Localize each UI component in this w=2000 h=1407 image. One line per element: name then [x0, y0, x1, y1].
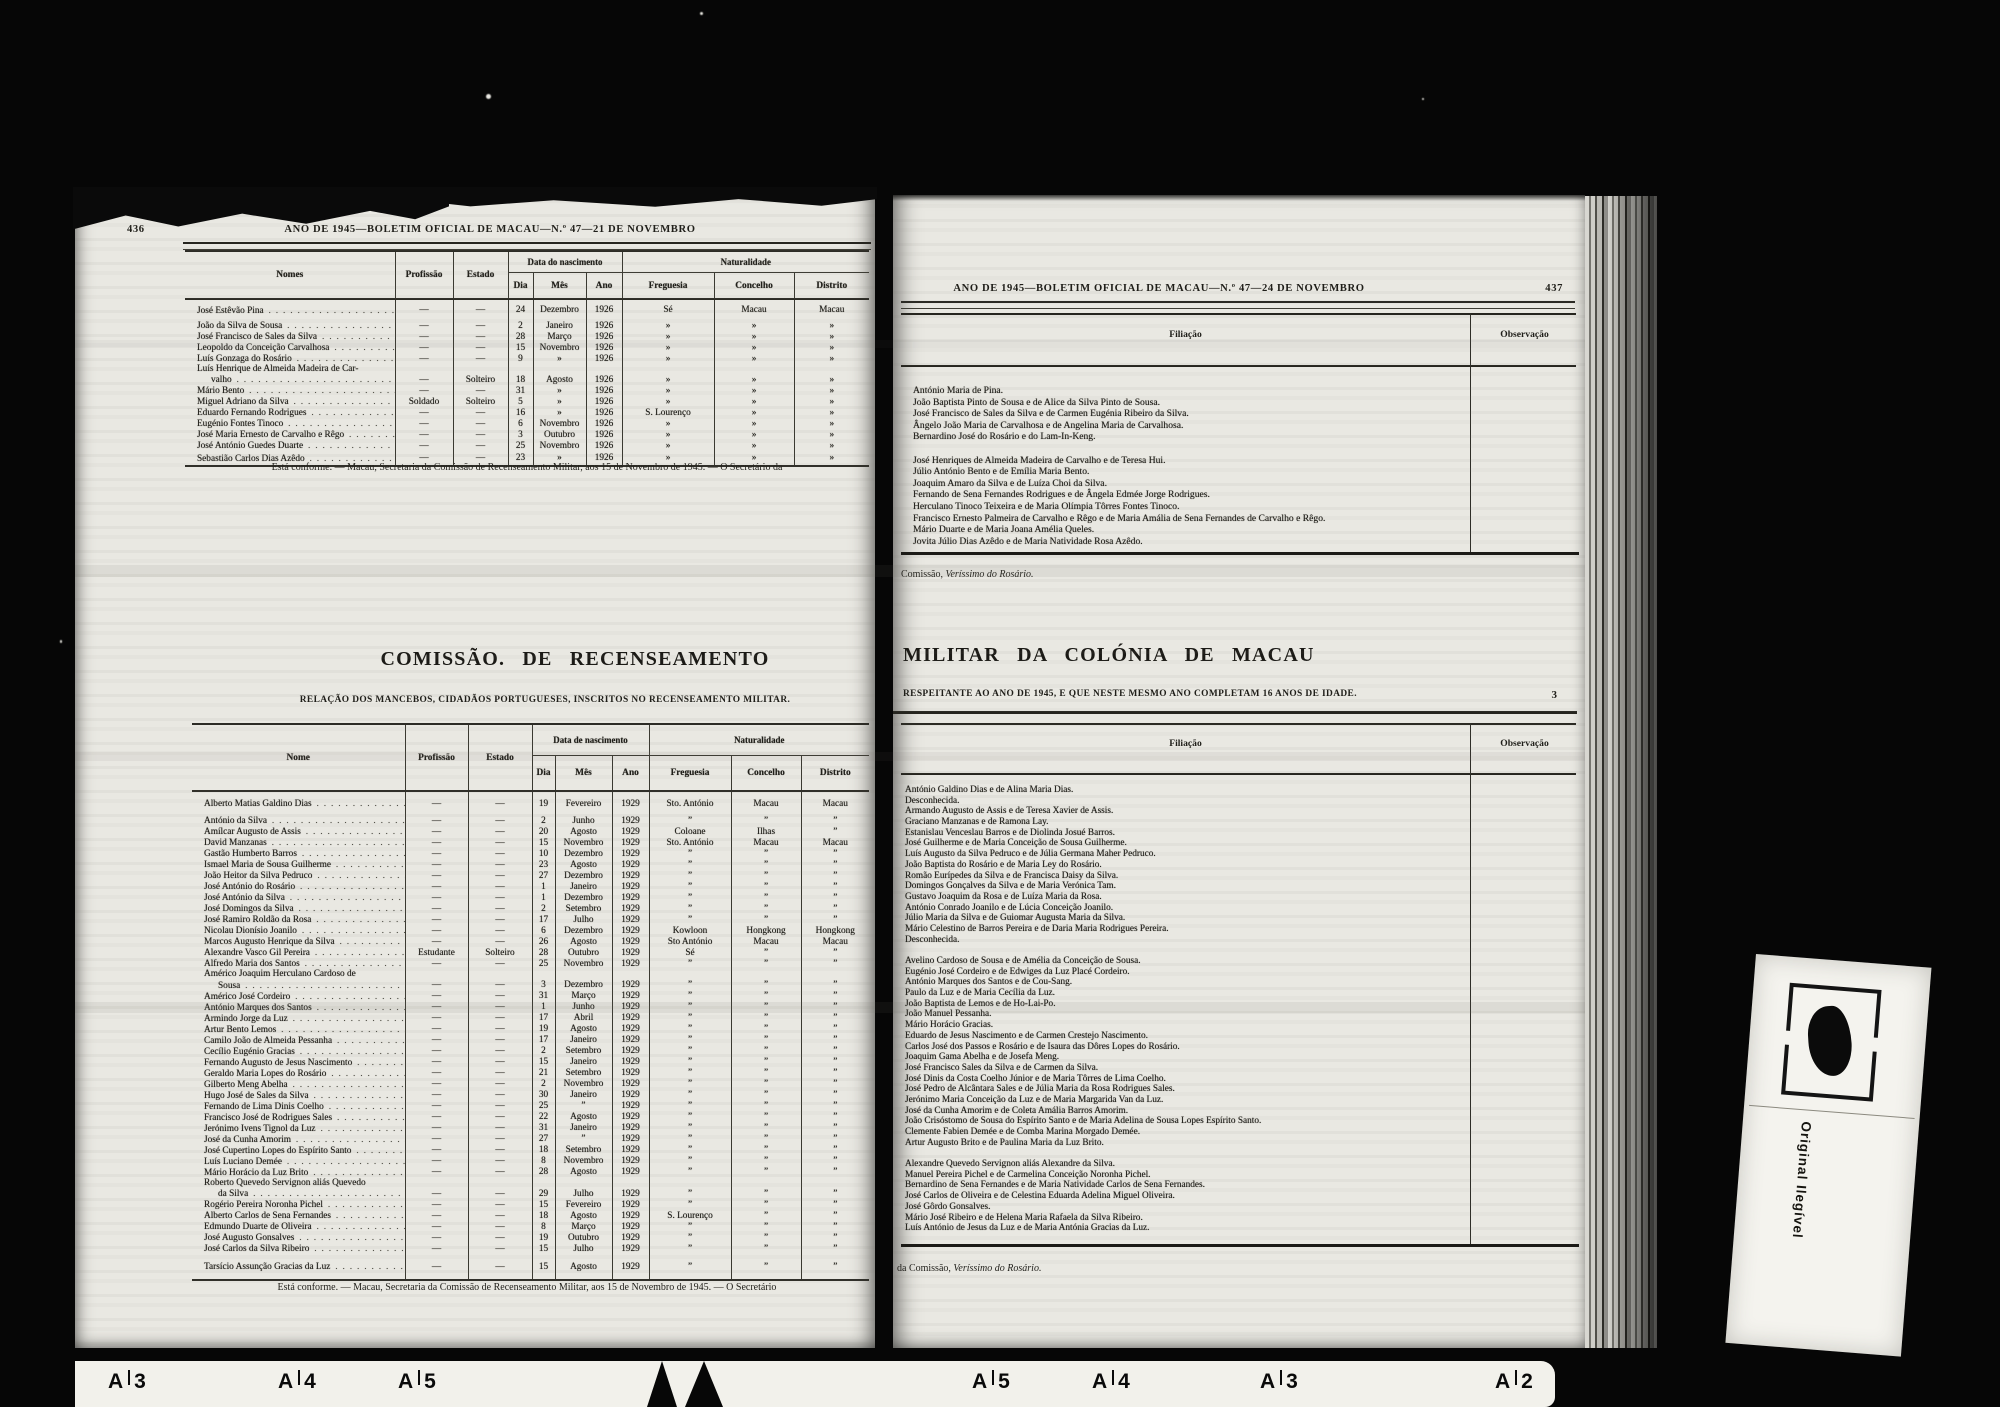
table-row: Cecílio Eugénio Gracias——2Setembro1929””…: [192, 1046, 869, 1057]
col-header-district: Distrito: [794, 273, 869, 300]
filiation-line: Mário Duarte e de Maria Joana Amélia Que…: [913, 524, 1464, 536]
month-cell: Novembro: [533, 440, 586, 451]
status-cell: —: [468, 881, 532, 892]
table-row: Camilo João de Almeida Pessanha——17Janei…: [192, 1035, 869, 1046]
parish-cell: ”: [649, 1134, 731, 1145]
status-cell: —: [468, 1254, 532, 1280]
film-tear-mark: [415, 187, 877, 209]
parish-cell: ”: [649, 1145, 731, 1156]
district-cell: ”: [801, 1024, 869, 1035]
profession-cell: —: [405, 903, 468, 914]
council-cell: ”: [731, 947, 801, 958]
status-cell: [468, 1178, 532, 1189]
header-rule: [183, 242, 871, 250]
table-row: Mário Bento——31»1926»»»: [185, 385, 869, 396]
filiation-line: José Pedro de Alcântara Sales e de Júlia…: [905, 1084, 1464, 1095]
status-cell: —: [468, 892, 532, 903]
profession-cell: —: [405, 848, 468, 859]
table-row: Leopoldo da Conceição Carvalhosa——15Nove…: [185, 342, 869, 353]
parish-cell: ”: [649, 1035, 731, 1046]
filiation-table-1926: Filiação Observação António Maria de Pin…: [901, 313, 1579, 555]
profession-cell: —: [405, 1090, 468, 1101]
profession-cell: —: [405, 1024, 468, 1035]
filiation-list: António Galdino Dias e de Alina Maria Di…: [905, 785, 1464, 1234]
profession-cell: —: [405, 826, 468, 837]
day-cell: 9: [508, 353, 533, 364]
status-cell: —: [468, 848, 532, 859]
splice-notch: [1870, 1037, 1883, 1052]
dust-speck: [700, 12, 703, 15]
parish-cell: ”: [649, 1188, 731, 1199]
profession-cell: —: [405, 958, 468, 969]
filiation-line: José Francisco de Sales da Silva e de Ca…: [913, 408, 1464, 420]
status-cell: —: [468, 1013, 532, 1024]
parish-cell: ”: [649, 1079, 731, 1090]
day-cell: 1: [532, 1002, 555, 1013]
year-cell: 1929: [612, 958, 649, 969]
council-cell: ”: [731, 1210, 801, 1221]
filiation-line: [913, 443, 1464, 455]
status-cell: —: [453, 342, 508, 353]
council-cell: [714, 364, 794, 374]
filiation-line: Alexandre Quevedo Servignon aliás Alexan…: [905, 1159, 1464, 1170]
parish-cell: ”: [649, 1232, 731, 1243]
table-row: Edmundo Duarte de Oliveira——8Março1929””…: [192, 1221, 869, 1232]
table-row: Geraldo Maria Lopes do Rosário——21Setemb…: [192, 1068, 869, 1079]
name-cell: Nicolau Dionísio Joanilo: [192, 925, 405, 936]
council-cell: »: [714, 418, 794, 429]
profession-cell: —: [405, 1035, 468, 1046]
parish-cell: ”: [649, 1199, 731, 1210]
page-number: 437: [1545, 283, 1563, 294]
filiation-line: José Guilherme e de Maria Conceição de S…: [905, 838, 1464, 849]
council-cell: Macau: [731, 791, 801, 815]
status-cell: —: [468, 925, 532, 936]
parish-cell: ”: [649, 980, 731, 991]
name-cell: Leopoldo da Conceição Carvalhosa: [185, 342, 395, 353]
filiation-line: António Galdino Dias e de Alina Maria Di…: [905, 785, 1464, 796]
district-cell: ”: [801, 859, 869, 870]
year-cell: 1926: [586, 407, 622, 418]
year-cell: 1926: [586, 353, 622, 364]
year-cell: 1929: [612, 1002, 649, 1013]
day-cell: 22: [532, 1112, 555, 1123]
profession-cell: —: [405, 1123, 468, 1134]
status-cell: —: [468, 1156, 532, 1167]
filiation-line: Graciano Manzanas e de Ramona Lay.: [905, 817, 1464, 828]
month-cell: »: [533, 396, 586, 407]
day-cell: 23: [532, 859, 555, 870]
filiacao-header: Filiação: [901, 738, 1470, 749]
status-cell: Solteiro: [453, 374, 508, 385]
filiation-line: [905, 945, 1464, 956]
col-header-year: Ano: [586, 273, 622, 300]
filiation-line: José Francisco Sales da Silva e de Carme…: [905, 1063, 1464, 1074]
month-cell: Setembro: [555, 903, 612, 914]
name-cell: José Ramiro Roldão da Rosa: [192, 914, 405, 925]
district-cell: ”: [801, 1090, 869, 1101]
profession-cell: —: [405, 791, 468, 815]
year-cell: 1929: [612, 1123, 649, 1134]
parish-cell: ”: [649, 1068, 731, 1079]
month-cell: Dezembro: [555, 980, 612, 991]
day-cell: 19: [532, 1024, 555, 1035]
status-cell: —: [468, 914, 532, 925]
month-cell: »: [533, 385, 586, 396]
year-cell: [612, 1178, 649, 1189]
observacao-header: Observação: [1470, 738, 1579, 749]
parish-cell: ”: [649, 1046, 731, 1057]
parish-cell: ”: [649, 914, 731, 925]
name-cell: José Maria Ernesto de Carvalho e Rêgo: [185, 429, 395, 440]
filiation-line: Desconhecida.: [905, 935, 1464, 946]
table-row: José Cupertino Lopes do Espírito Santo——…: [192, 1145, 869, 1156]
council-cell: ”: [731, 881, 801, 892]
district-cell: [794, 364, 869, 374]
council-cell: »: [714, 396, 794, 407]
council-cell: ”: [731, 1188, 801, 1199]
month-cell: »: [533, 353, 586, 364]
table-row: Mário Horácio da Luz Brito——28Agosto1929…: [192, 1167, 869, 1178]
day-cell: 31: [508, 385, 533, 396]
day-cell: 18: [532, 1145, 555, 1156]
month-cell: Outubro: [533, 429, 586, 440]
day-cell: 27: [532, 870, 555, 881]
table-row: Alexandre Vasco Gil PereiraEstudanteSolt…: [192, 947, 869, 958]
status-cell: —: [468, 1134, 532, 1145]
status-cell: Solteiro: [453, 396, 508, 407]
table-row: José Augusto Gonsalves——19Outubro1929”””: [192, 1232, 869, 1243]
filiation-line: Joaquim Gama Abelha e de Josefa Meng.: [905, 1052, 1464, 1063]
month-cell: Março: [555, 1221, 612, 1232]
name-cell: David Manzanas: [192, 837, 405, 848]
frame-marker: A5: [398, 1370, 436, 1394]
filiation-line: Gustavo Joaquim da Rosa e de Luíza Maria…: [905, 892, 1464, 903]
illegible-original-card: Original Ilegível: [1725, 954, 1931, 1357]
name-cell: Alberto Carlos de Sena Fernandes: [192, 1210, 405, 1221]
day-cell: 18: [532, 1210, 555, 1221]
name-cell: José António do Rosário: [192, 881, 405, 892]
status-cell: —: [468, 826, 532, 837]
month-cell: Dezembro: [533, 299, 586, 320]
filiation-line: Mário Celestino de Barros Pereira e de D…: [905, 924, 1464, 935]
col-header-profession: Profissão: [405, 724, 468, 791]
month-cell: Dezembro: [555, 870, 612, 881]
status-cell: —: [468, 870, 532, 881]
parish-cell: ”: [649, 903, 731, 914]
section-rule: [893, 711, 1577, 714]
parish-cell: ”: [649, 1243, 731, 1254]
month-cell: Janeiro: [555, 1090, 612, 1101]
profession-cell: —: [405, 1145, 468, 1156]
council-cell: ”: [731, 1101, 801, 1112]
profession-cell: —: [395, 299, 453, 320]
filiation-line: António Marques dos Santos e de Cou-Sang…: [905, 977, 1464, 988]
table-row: Amílcar Augusto de Assis——20Agosto1929Co…: [192, 826, 869, 837]
district-cell: ”: [801, 1068, 869, 1079]
month-cell: ”: [555, 1101, 612, 1112]
col-header-day: Dia: [508, 273, 533, 300]
parish-cell: »: [622, 331, 714, 342]
filiation-table-1929: Filiação Observação António Galdino Dias…: [901, 723, 1579, 1247]
month-cell: Novembro: [555, 958, 612, 969]
profession-cell: —: [395, 429, 453, 440]
month-cell: Novembro: [533, 342, 586, 353]
table-row: Fernando de Lima Dinis Coelho——25”1929””…: [192, 1101, 869, 1112]
day-cell: 2: [532, 903, 555, 914]
parish-cell: »: [622, 385, 714, 396]
district-cell: ”: [801, 1035, 869, 1046]
parish-cell: »: [622, 396, 714, 407]
name-cell: Armindo Jorge da Luz: [192, 1013, 405, 1024]
status-cell: —: [468, 1090, 532, 1101]
filiation-line: Joaquim Amaro da Silva e de Luíza Choi d…: [913, 478, 1464, 490]
year-cell: 1926: [586, 331, 622, 342]
district-cell: ”: [801, 1002, 869, 1013]
council-cell: ”: [731, 1013, 801, 1024]
name-cell: Luís Luciano Demée: [192, 1156, 405, 1167]
parish-cell: ”: [649, 815, 731, 826]
day-cell: 17: [532, 914, 555, 925]
certification-footer: Está conforme. — Macau, Secretaria da Co…: [185, 462, 869, 473]
profession-cell: —: [395, 353, 453, 364]
day-cell: [532, 969, 555, 980]
profession-cell: —: [405, 1188, 468, 1199]
month-cell: Agosto: [555, 1167, 612, 1178]
year-cell: 1926: [586, 320, 622, 331]
month-cell: Agosto: [533, 374, 586, 385]
filiation-line: Desconhecida.: [905, 796, 1464, 807]
name-cell: António da Silva: [192, 815, 405, 826]
table-rule: [901, 773, 1576, 775]
marker-bar-icon: [418, 1370, 420, 1385]
name-cell: Luís Gonzaga do Rosário: [185, 353, 395, 364]
filiation-line: Fernando de Sena Fernandes Rodrigues e d…: [913, 489, 1464, 501]
district-cell: ”: [801, 815, 869, 826]
stacked-page-edges: [1585, 196, 1657, 1348]
marker-bar-icon: [1280, 1370, 1282, 1385]
status-cell: —: [468, 903, 532, 914]
name-cell: José Francisco de Sales da Silva: [185, 331, 395, 342]
day-cell: 16: [508, 407, 533, 418]
district-cell: »: [794, 320, 869, 331]
profession-cell: —: [405, 1210, 468, 1221]
council-cell: ”: [731, 1035, 801, 1046]
filiation-line: Luís Augusto da Silva Pedruco e de Júlia…: [905, 849, 1464, 860]
status-cell: Solteiro: [468, 947, 532, 958]
month-cell: Fevereiro: [555, 1199, 612, 1210]
district-cell: ”: [801, 1243, 869, 1254]
status-cell: [453, 364, 508, 374]
parish-cell: »: [622, 418, 714, 429]
parish-cell: ”: [649, 1090, 731, 1101]
council-cell: »: [714, 374, 794, 385]
district-cell: ”: [801, 1112, 869, 1123]
certification-footer: Está conforme. — Macau, Secretaria da Co…: [185, 1282, 869, 1293]
day-cell: 2: [532, 1079, 555, 1090]
profession-cell: —: [405, 1254, 468, 1280]
month-cell: Outubro: [555, 947, 612, 958]
profession-cell: —: [405, 1079, 468, 1090]
filiation-line: Francisco Ernesto Palmeira de Carvalho e…: [913, 513, 1464, 525]
filiation-line: Júlio Maria da Silva e de Guiomar August…: [905, 913, 1464, 924]
splice-notch: [1780, 1030, 1793, 1045]
district-cell: Macau: [801, 936, 869, 947]
status-cell: —: [468, 991, 532, 1002]
year-cell: 1929: [612, 1090, 649, 1101]
name-cell: Eduardo Fernando Rodrigues: [185, 407, 395, 418]
council-cell: Macau: [731, 936, 801, 947]
district-cell: ”: [801, 848, 869, 859]
district-cell: »: [794, 407, 869, 418]
council-cell: Hongkong: [731, 925, 801, 936]
profession-cell: —: [405, 914, 468, 925]
profession-cell: —: [395, 374, 453, 385]
name-cell: Alberto Matias Galdino Dias: [192, 791, 405, 815]
district-cell: ”: [801, 1167, 869, 1178]
year-cell: 1929: [612, 925, 649, 936]
council-cell: ”: [731, 1002, 801, 1013]
name-cell: José António Guedes Duarte: [185, 440, 395, 451]
header-rule: [901, 301, 1575, 309]
filiation-line: João Baptista Pinto de Sousa e de Alice …: [913, 397, 1464, 409]
day-cell: 3: [508, 429, 533, 440]
council-cell: ”: [731, 859, 801, 870]
day-cell: [532, 1178, 555, 1189]
parish-cell: ”: [649, 870, 731, 881]
filiation-line: Clemente Fabien Demée e de Comba Marina …: [905, 1127, 1464, 1138]
day-cell: 31: [532, 991, 555, 1002]
status-cell: —: [468, 980, 532, 991]
name-cell: João da Silva de Sousa: [185, 320, 395, 331]
marker-bar-icon: [128, 1370, 130, 1385]
council-cell: Macau: [731, 837, 801, 848]
status-cell: —: [453, 440, 508, 451]
month-cell: Abril: [555, 1013, 612, 1024]
day-cell: 28: [508, 331, 533, 342]
filiation-line: Eduardo de Jesus Nascimento e de Carmen …: [905, 1031, 1464, 1042]
council-cell: ”: [731, 1024, 801, 1035]
parish-cell: ”: [649, 958, 731, 969]
profession-cell: —: [405, 1068, 468, 1079]
year-cell: 1926: [586, 299, 622, 320]
name-cell: Geraldo Maria Lopes do Rosário: [192, 1068, 405, 1079]
col-header-council: Concelho: [731, 756, 801, 792]
council-cell: ”: [731, 991, 801, 1002]
month-cell: ”: [555, 1134, 612, 1145]
table-row: Francisco José de Rodrigues Sales——22Ago…: [192, 1112, 869, 1123]
year-cell: 1929: [612, 1101, 649, 1112]
film-edge-strip: A3 A4 A5 A5 A4 A3 A2: [75, 1361, 1555, 1407]
day-cell: 19: [532, 791, 555, 815]
parish-cell: ”: [649, 1112, 731, 1123]
table-row: José Carlos da Silva Ribeiro——15Julho192…: [192, 1243, 869, 1254]
year-cell: 1929: [612, 815, 649, 826]
group-header-birthplace: Naturalidade: [622, 251, 869, 273]
parish-cell: ”: [649, 991, 731, 1002]
parish-cell: [649, 969, 731, 980]
profession-cell: Soldado: [395, 396, 453, 407]
table-row: José Estêvão Pina——24Dezembro1926SéMacau…: [185, 299, 869, 320]
table-row: Luís Gonzaga do Rosário——9»1926»»»: [185, 353, 869, 364]
day-cell: 30: [532, 1090, 555, 1101]
section-title-right: MILITAR DA COLÓNIA DE MACAU: [903, 644, 1315, 667]
table-row: Nicolau Dionísio Joanilo——6Dezembro1929K…: [192, 925, 869, 936]
council-cell: ”: [731, 1123, 801, 1134]
col-header-month: Mês: [533, 273, 586, 300]
name-cell: José Estêvão Pina: [185, 299, 395, 320]
profession-cell: —: [405, 991, 468, 1002]
year-cell: 1929: [612, 826, 649, 837]
table-rule: [901, 552, 1579, 555]
table-rule: [901, 723, 1576, 725]
table-row: da Silva——29Julho1929”””: [192, 1188, 869, 1199]
table-rule: [901, 365, 1576, 367]
table-row: José Ramiro Roldão da Rosa——17Julho1929”…: [192, 914, 869, 925]
day-cell: 15: [532, 1254, 555, 1280]
name-cell: José Cupertino Lopes do Espírito Santo: [192, 1145, 405, 1156]
council-cell: ”: [731, 1145, 801, 1156]
parish-cell: ”: [649, 1057, 731, 1068]
parish-cell: ”: [649, 1101, 731, 1112]
filiation-line: Domingos Gonçalves da Silva e de Maria V…: [905, 881, 1464, 892]
district-cell: ”: [801, 1046, 869, 1057]
col-header-parish: Freguesia: [622, 273, 714, 300]
col-header-day: Dia: [532, 756, 555, 792]
microfilm-frame: 436 ANO DE 1945—BOLETIM OFICIAL DE MACAU…: [0, 0, 2000, 1407]
table-row: José António da Silva——1Dezembro1929”””: [192, 892, 869, 903]
council-cell: ”: [731, 892, 801, 903]
dust-speck: [60, 640, 62, 643]
status-cell: —: [468, 936, 532, 947]
council-cell: ”: [731, 1112, 801, 1123]
year-cell: 1926: [586, 396, 622, 407]
status-cell: —: [468, 1123, 532, 1134]
profession-cell: —: [405, 870, 468, 881]
parish-cell: Sto. António: [649, 791, 731, 815]
filiation-line: José Henriques de Almeida Madeira de Car…: [913, 455, 1464, 467]
month-cell: Janeiro: [555, 881, 612, 892]
status-cell: —: [468, 1112, 532, 1123]
name-cell: Tarsício Assunção Gracias da Luz: [192, 1254, 405, 1280]
marker-bar-icon: [1112, 1370, 1114, 1385]
month-cell: Dezembro: [555, 848, 612, 859]
year-cell: 1929: [612, 1210, 649, 1221]
filiacao-header: Filiação: [901, 329, 1470, 340]
name-cell: Roberto Quevedo Servignon aliás Quevedo: [192, 1178, 405, 1189]
district-cell: ”: [801, 1145, 869, 1156]
table-row: Luís Henrique de Almeida Madeira de Car-: [185, 364, 869, 374]
year-cell: 1929: [612, 1024, 649, 1035]
filiation-line: Herculano Tinoco Teixeira e de Maria Olí…: [913, 501, 1464, 513]
status-cell: —: [468, 1035, 532, 1046]
day-cell: 1: [532, 892, 555, 903]
page-number: 436: [127, 224, 145, 235]
district-cell: ”: [801, 1199, 869, 1210]
district-cell: ”: [801, 1079, 869, 1090]
council-cell: »: [714, 320, 794, 331]
filiation-line: Carlos José dos Passos e Rosário e de Is…: [905, 1042, 1464, 1053]
year-cell: 1926: [586, 440, 622, 451]
year-cell: 1929: [612, 1035, 649, 1046]
district-cell: ”: [801, 881, 869, 892]
table-row: Alfredo Maria dos Santos——25Novembro1929…: [192, 958, 869, 969]
district-cell: ”: [801, 1221, 869, 1232]
council-cell: ”: [731, 1090, 801, 1101]
parish-cell: ”: [649, 1002, 731, 1013]
signature-name: Veríssimo do Rosário.: [945, 569, 1033, 580]
name-cell: José António da Silva: [192, 892, 405, 903]
